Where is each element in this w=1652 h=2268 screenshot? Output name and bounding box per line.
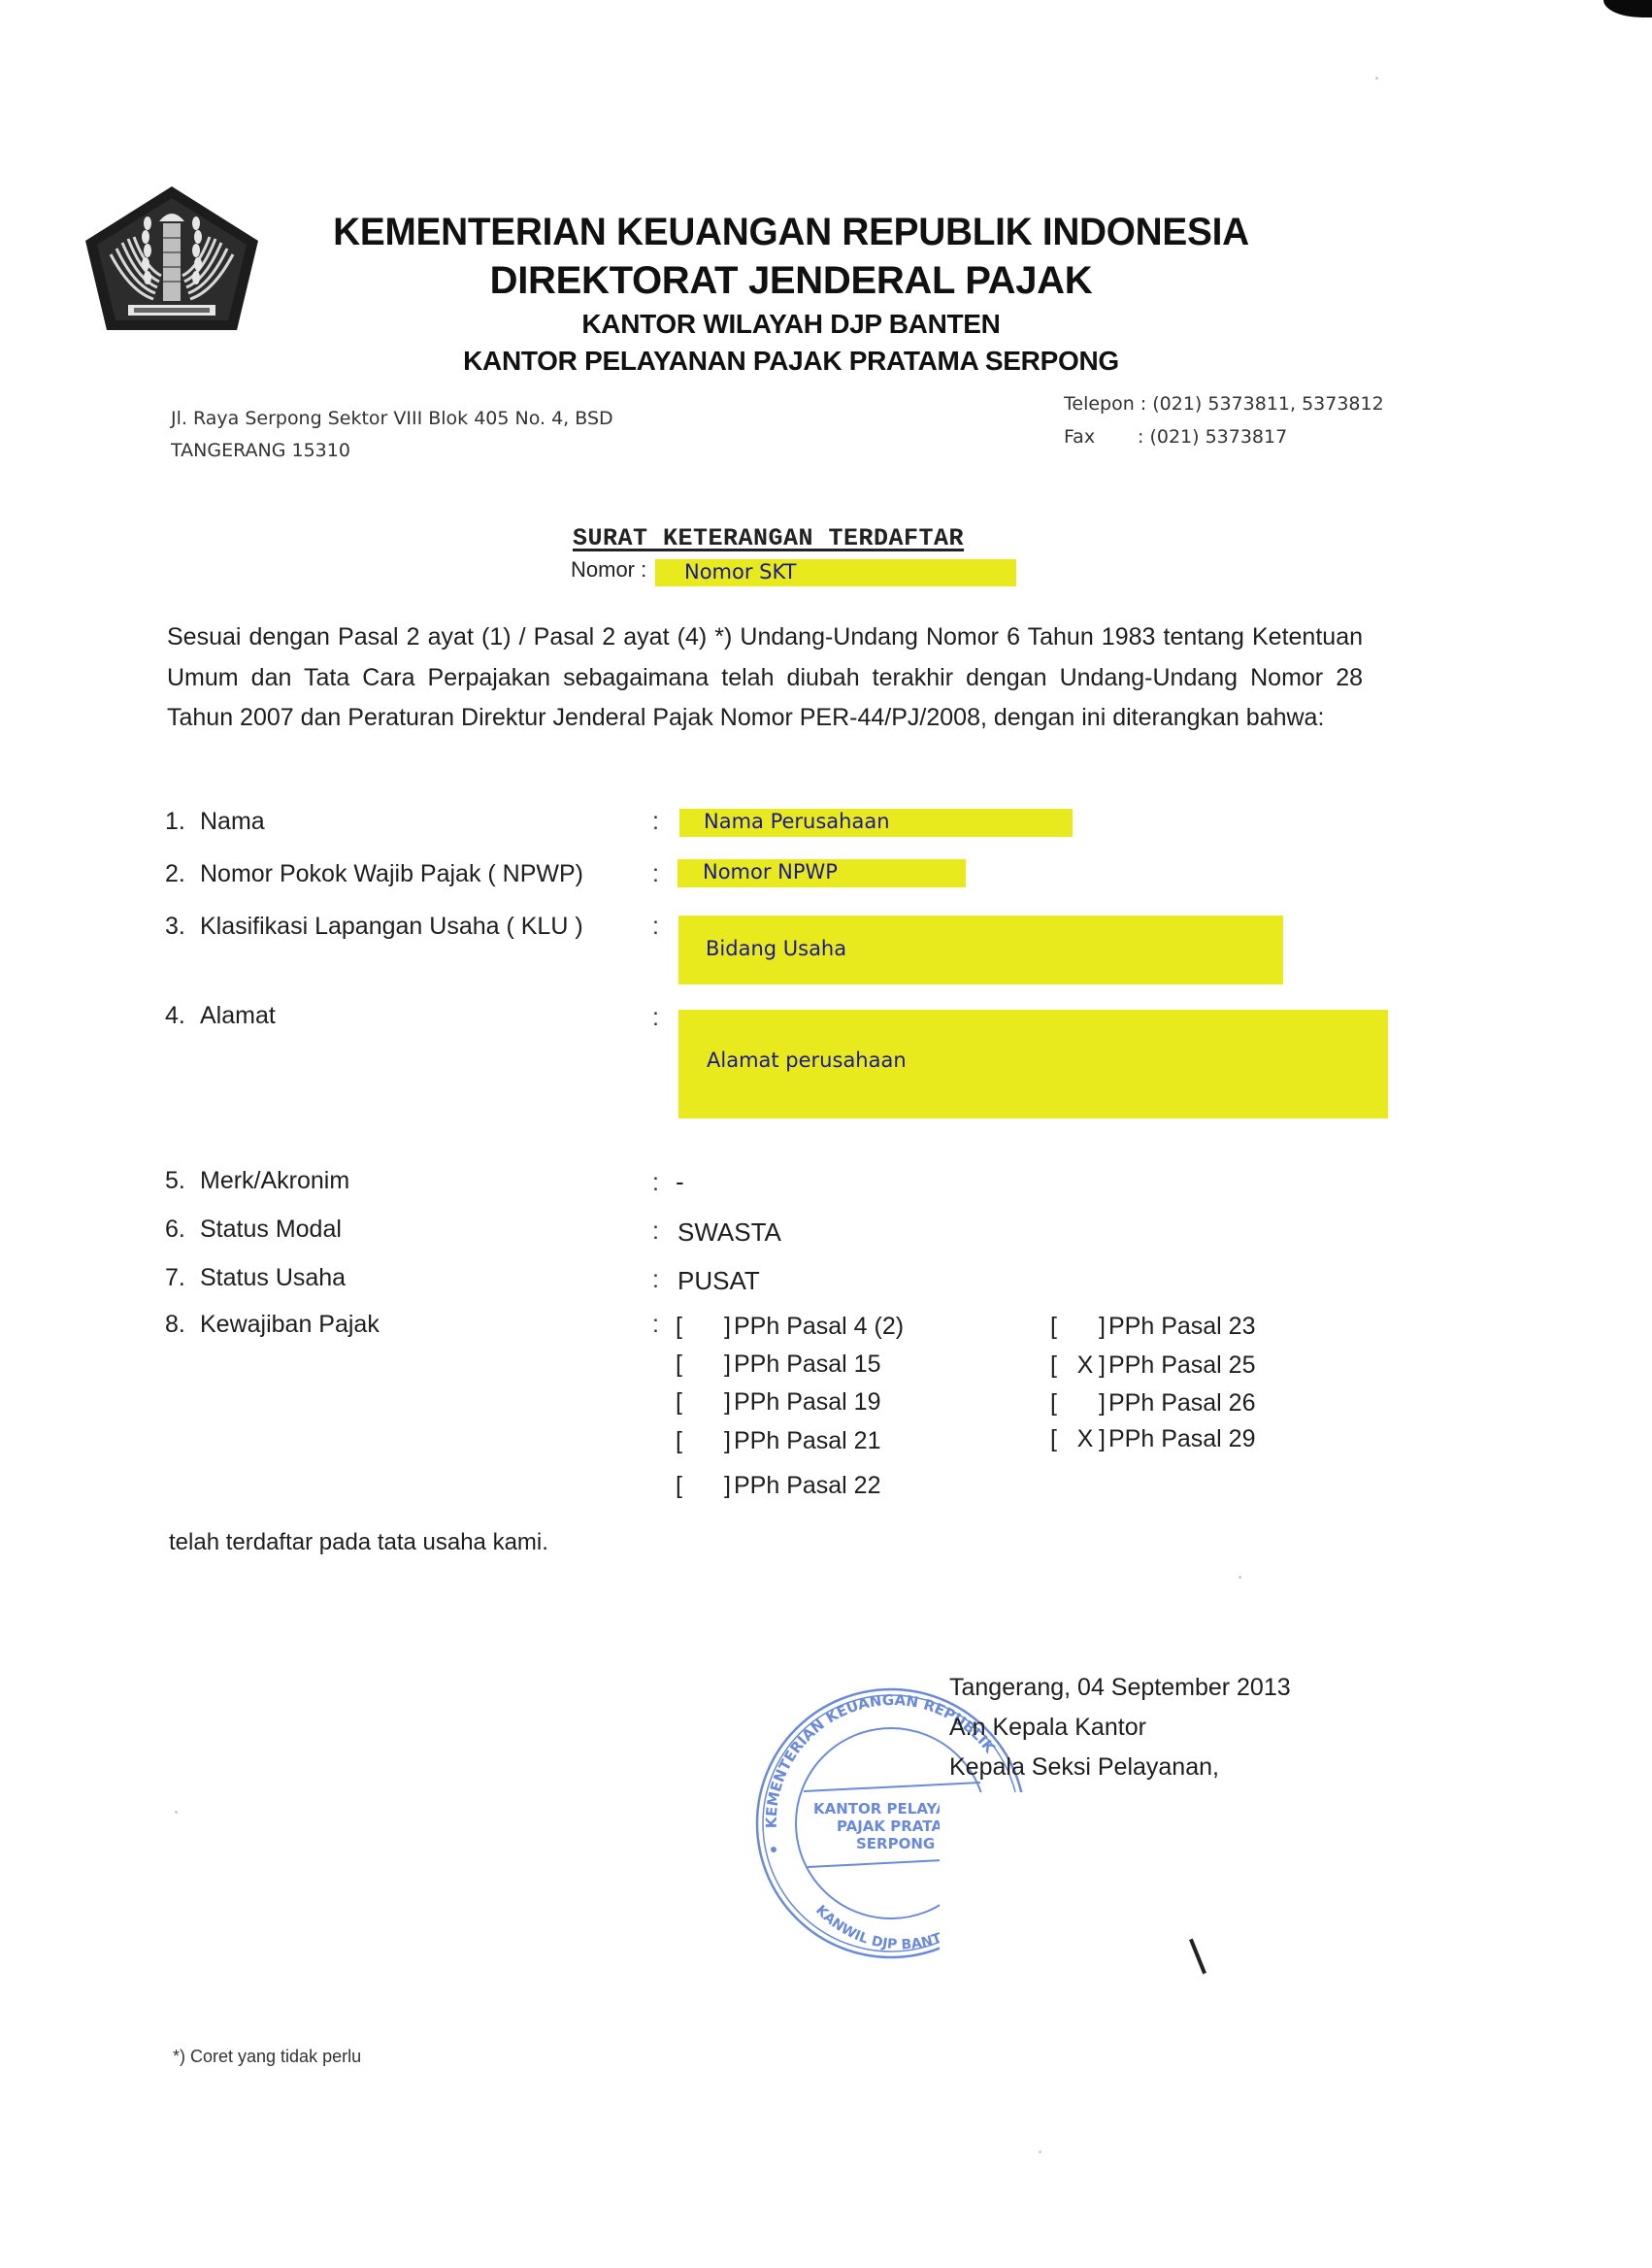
business-field-value: Bidang Usaha	[706, 937, 846, 960]
field-label-text: Status Modal	[200, 1216, 342, 1243]
scan-corner-mark	[1603, 0, 1652, 17]
bracket-open: [	[676, 1351, 682, 1379]
fax-label: Fax	[1064, 426, 1138, 448]
field-label-text: Merk/Akronim	[200, 1167, 349, 1194]
tax-checkbox-pph-15[interactable]: []PPh Pasal 15	[676, 1351, 928, 1380]
field-number: 8.	[165, 1311, 200, 1339]
field-label-text: Alamat	[200, 1002, 276, 1029]
tax-label: PPh Pasal 15	[734, 1351, 881, 1379]
field-colon: :	[652, 1217, 659, 1246]
tax-label: PPh Pasal 19	[734, 1388, 881, 1417]
field-label-text: Nama	[200, 808, 265, 835]
bracket-open: [	[676, 1388, 682, 1417]
field-colon: :	[652, 860, 659, 888]
field-number: 5.	[165, 1167, 200, 1195]
company-name-value: Nama Perusahaan	[704, 810, 890, 833]
company-address-value: Alamat perusahaan	[707, 1049, 907, 1072]
fax-value: : (021) 5373817	[1138, 426, 1287, 448]
field-label-merk: 5.Merk/Akronim	[165, 1167, 349, 1195]
letterhead-tax-office: KANTOR PELAYANAN PAJAK PRATAMA SERPONG	[291, 346, 1291, 377]
signature-on-behalf: A.n Kepala Kantor	[949, 1714, 1146, 1742]
tax-label: PPh Pasal 21	[734, 1427, 881, 1455]
field-label-klu: 3.Klasifikasi Lapangan Usaha ( KLU )	[165, 913, 583, 941]
document-title: SURAT KETERANGAN TERDAFTAR	[573, 524, 964, 552]
bracket-close: ]	[724, 1313, 731, 1341]
tax-checkbox-pph-23[interactable]: []PPh Pasal 23	[1050, 1313, 1283, 1342]
bracket-close: ]	[1099, 1389, 1106, 1417]
field-number: 7.	[165, 1264, 200, 1292]
bracket-open: [	[1050, 1313, 1057, 1341]
field-number: 6.	[165, 1216, 200, 1244]
tax-label: PPh Pasal 25	[1108, 1351, 1256, 1380]
office-telephone: Telepon : (021) 5373811, 5373812	[1064, 393, 1384, 415]
letterhead-directorate: DIREKTORAT JENDERAL PAJAK	[291, 259, 1291, 303]
tax-checkbox-pph-25[interactable]: [X]PPh Pasal 25	[1050, 1351, 1283, 1381]
field-colon: :	[652, 1266, 659, 1294]
field-value-nama: Nama Perusahaan	[679, 809, 1073, 837]
bracket-close: ]	[1099, 1313, 1106, 1341]
footnote: *) Coret yang tidak perlu	[173, 2047, 361, 2067]
svg-text:SERPONG: SERPONG	[856, 1835, 935, 1852]
letterhead-regional-office: KANTOR WILAYAH DJP BANTEN	[291, 309, 1291, 340]
field-label-text: Klasifikasi Lapangan Usaha ( KLU )	[200, 913, 583, 940]
tax-label: PPh Pasal 22	[734, 1472, 881, 1500]
document-number-value: Nomor SKT	[684, 560, 796, 584]
field-colon: :	[652, 1169, 659, 1197]
field-label-text: Status Usaha	[200, 1264, 346, 1291]
bracket-open: [	[676, 1313, 682, 1341]
field-label-alamat: 4.Alamat	[165, 1002, 276, 1030]
document-number-label: Nomor :	[571, 557, 646, 583]
field-label-nama: 1.Nama	[165, 808, 265, 836]
field-number: 2.	[165, 860, 200, 888]
office-address-street: Jl. Raya Serpong Sektor VIII Blok 405 No…	[171, 408, 613, 429]
office-address-city: TANGERANG 15310	[171, 440, 350, 461]
field-label-status-usaha: 7.Status Usaha	[165, 1264, 346, 1292]
bracket-open: [	[676, 1472, 682, 1500]
field-label-kewajiban-pajak: 8.Kewajiban Pajak	[165, 1311, 380, 1339]
bracket-close: ]	[724, 1388, 731, 1417]
field-label-status-modal: 6.Status Modal	[165, 1216, 342, 1244]
letterhead-ministry: KEMENTERIAN KEUANGAN REPUBLIK INDONESIA	[306, 211, 1275, 254]
tax-checkbox-pph-26[interactable]: []PPh Pasal 26	[1050, 1389, 1283, 1418]
field-colon: :	[652, 1311, 659, 1339]
check-mark: X	[1074, 1351, 1097, 1380]
tax-label: PPh Pasal 26	[1108, 1389, 1256, 1417]
field-label-text: Kewajiban Pajak	[200, 1311, 380, 1338]
check-mark: X	[1074, 1425, 1097, 1453]
scan-speck	[1239, 1576, 1241, 1579]
tax-checkbox-pph-29[interactable]: [X]PPh Pasal 29	[1050, 1425, 1283, 1454]
tax-checkbox-pph-4-2[interactable]: []PPh Pasal 4 (2)	[676, 1313, 928, 1342]
field-number: 4.	[165, 1002, 200, 1030]
bracket-close: ]	[1099, 1425, 1106, 1453]
bracket-open: [	[1050, 1351, 1057, 1380]
bracket-close: ]	[1099, 1351, 1106, 1380]
field-value-npwp: Nomor NPWP	[677, 859, 966, 887]
tax-checkbox-pph-21[interactable]: []PPh Pasal 21	[676, 1427, 928, 1456]
field-colon: :	[652, 913, 659, 941]
field-value-klu: Bidang Usaha	[678, 916, 1283, 984]
field-number: 1.	[165, 808, 200, 836]
field-label-npwp: 2.Nomor Pokok Wajib Pajak ( NPWP)	[165, 860, 583, 888]
bracket-open: [	[1050, 1425, 1057, 1453]
scan-speck	[1039, 2151, 1041, 2153]
tax-label: PPh Pasal 29	[1108, 1425, 1256, 1453]
tax-checkbox-pph-22[interactable]: []PPh Pasal 22	[676, 1472, 928, 1501]
business-status-value: PUSAT	[677, 1266, 760, 1296]
scan-speck	[1375, 77, 1378, 80]
closing-statement: telah terdaftar pada tata usaha kami.	[169, 1529, 548, 1556]
npwp-value: Nomor NPWP	[703, 860, 838, 884]
scan-speck	[175, 1811, 178, 1814]
kemenkeu-logo-icon	[82, 184, 262, 332]
field-colon: :	[652, 1004, 659, 1032]
field-colon: :	[652, 808, 659, 836]
bracket-close: ]	[724, 1427, 731, 1455]
tax-label: PPh Pasal 4 (2)	[734, 1313, 904, 1341]
tax-label: PPh Pasal 23	[1108, 1313, 1256, 1341]
bracket-close: ]	[724, 1472, 731, 1500]
office-fax: Fax: (021) 5373817	[1064, 426, 1287, 448]
field-label-text: Nomor Pokok Wajib Pajak ( NPWP)	[200, 860, 583, 887]
capital-status-value: SWASTA	[677, 1217, 781, 1248]
brand-acronym-value: -	[676, 1167, 684, 1197]
document-number-field: Nomor SKT	[655, 559, 1016, 586]
bracket-open: [	[1050, 1389, 1057, 1417]
field-value-alamat: Alamat perusahaan	[678, 1010, 1388, 1118]
signature-title: Kepala Seksi Pelayanan,	[949, 1753, 1219, 1782]
intro-paragraph: Sesuai dengan Pasal 2 ayat (1) / Pasal 2…	[167, 617, 1363, 739]
signature-place-date: Tangerang, 04 September 2013	[949, 1674, 1291, 1702]
tax-checkbox-pph-19[interactable]: []PPh Pasal 19	[676, 1388, 928, 1417]
field-number: 3.	[165, 913, 200, 941]
bracket-close: ]	[724, 1351, 731, 1379]
bracket-open: [	[676, 1427, 682, 1455]
signature-stroke	[1189, 1939, 1206, 1975]
